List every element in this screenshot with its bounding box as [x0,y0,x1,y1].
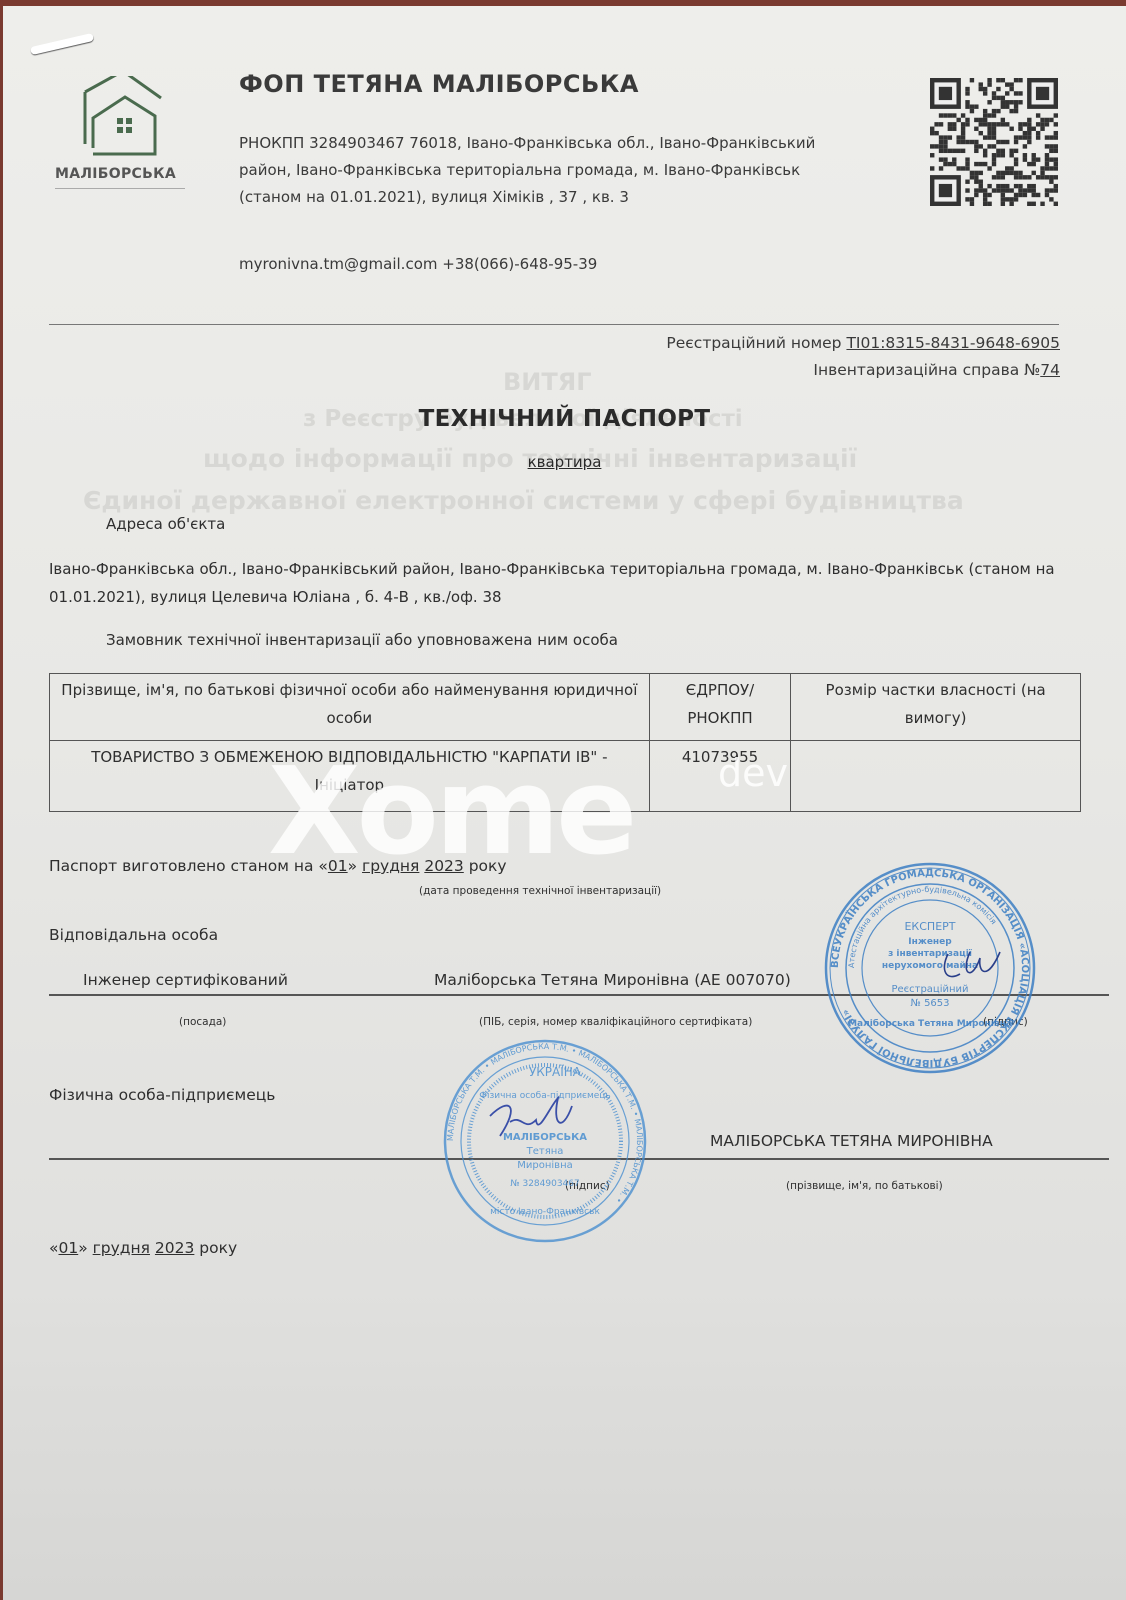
passport-date-prefix: Паспорт виготовлено станом на « [49,857,328,875]
responsible-name: Маліборська Тетяна Миронівна (АЕ 007070) [434,971,791,989]
object-address-label: Адреса об'єкта [106,515,225,533]
passport-date-caption: (дата проведення технічної інвентаризаці… [419,885,661,897]
header-divider [49,324,1059,325]
caption-name-cert: (ПІБ, серія, номер кваліфікаційного серт… [479,1016,752,1028]
caption-full-name: (прізвище, ім'я, по батькові) [786,1180,943,1192]
passport-date-month: грудня [362,857,419,875]
signature-date-year: 2023 [155,1239,194,1257]
entrepreneur-label: Фізична особа-підприємець [49,1086,275,1104]
header-code: ЄДРПОУ/ РНОКПП [649,674,791,741]
passport-date-year: 2023 [424,857,463,875]
header-share: Розмір частки власності (на вимогу) [791,674,1081,741]
caption-position: (посада) [179,1016,226,1028]
svg-text:Інженер: Інженер [908,937,952,947]
inventory-label: Інвентаризаційна справа № [813,361,1040,379]
qr-code-icon [930,78,1058,206]
svg-text:№ 5653: № 5653 [910,998,949,1009]
registration-number: Реєстраційний номер ТІ01:8315-8431-9648-… [666,334,1060,352]
svg-text:з інвентаризації: з інвентаризації [888,948,972,959]
responsible-position: Інженер сертифікований [83,971,288,989]
logo-name: МАЛІБОРСЬКА [55,166,176,182]
organization-contact: myronivna.tm@gmail.com +38(066)-648-95-3… [239,255,597,273]
cell-share [791,741,1081,812]
inventory-value: 74 [1040,361,1060,379]
svg-text:Миронівна: Миронівна [517,1159,572,1171]
responsible-label: Відповідальна особа [49,926,218,944]
signature-date-day: 01 [58,1239,78,1257]
passport-date-sep: » [348,857,362,875]
signature-date-close: » [78,1239,92,1257]
paper-scratch-mark [30,33,94,55]
registration-value: ТІ01:8315-8431-9648-6905 [846,334,1060,352]
svg-text:Фізична особа-підприємець: Фізична особа-підприємець [479,1091,610,1101]
signature-date-suffix: року [194,1239,237,1257]
customer-label: Замовник технічної інвентаризації або уп… [106,631,618,649]
inventory-case: Інвентаризаційна справа №74 [813,361,1060,379]
ghost-text: Єдиної державної електронної системи у с… [83,486,964,515]
entrepreneur-stamp-icon: МАЛІБОРСЬКА Т.М. • МАЛІБОРСЬКА Т.М. • МА… [440,1036,650,1246]
expert-stamp-icon: ВСЕУКРАЇНСЬКА ГРОМАДСЬКА ОРГАНІЗАЦІЯ «АС… [820,858,1040,1078]
passport-date-suffix: року [464,857,507,875]
svg-text:місто Івано-Франківськ: місто Івано-Франківськ [490,1207,600,1217]
ghost-text: ВИТЯГ [503,368,592,396]
header-name: Прізвище, ім'я, по батькові фізичної осо… [50,674,650,741]
document-page: ВИТЯГ з Реєстру будівельної діяльності щ… [3,6,1126,1600]
entrepreneur-name: МАЛІБОРСЬКА ТЕТЯНА МИРОНІВНА [710,1132,993,1150]
organization-address: РНОКПП 3284903467 76018, Івано-Франківсь… [239,130,839,211]
svg-text:нерухомого майна: нерухомого майна [882,961,978,971]
watermark-suffix: dev [718,751,788,795]
object-type: квартира [3,453,1126,471]
table-header-row: Прізвище, ім'я, по батькові фізичної осо… [50,674,1081,741]
logo-tagline-rule [55,188,185,189]
passport-date: Паспорт виготовлено станом на «01» грудн… [49,857,507,875]
svg-text:ЕКСПЕРТ: ЕКСПЕРТ [904,920,955,933]
svg-text:№ 3284903467: № 3284903467 [510,1179,579,1189]
document-title: ТЕХНІЧНИЙ ПАСПОРТ [3,406,1126,432]
object-address: Івано-Франківська обл., Івано-Франківськ… [49,555,1079,611]
signature-date: «01» грудня 2023 року [49,1239,237,1257]
passport-date-day: 01 [328,857,348,875]
signature-date-month: грудня [93,1239,150,1257]
object-type-value: квартира [528,453,602,471]
svg-text:Тетяна: Тетяна [526,1146,564,1157]
svg-text:Реєстраційний: Реєстраційний [891,983,968,995]
registration-label: Реєстраційний номер [666,334,846,352]
organization-title: ФОП ТЕТЯНА МАЛІБОРСЬКА [239,70,639,98]
svg-text:Маліборська Тетяна Миронівна: Маліборська Тетяна Миронівна [848,1018,1012,1029]
svg-text:УКРАЇНА: УКРАЇНА [529,1064,582,1079]
svg-text:МАЛІБОРСЬКА: МАЛІБОРСЬКА [503,1132,587,1143]
